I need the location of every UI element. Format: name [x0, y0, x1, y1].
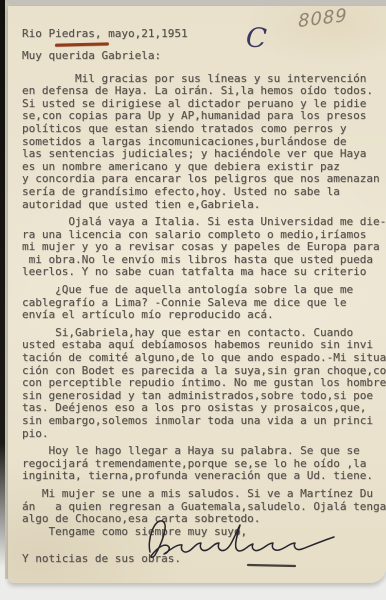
typewritten-line: ¿Que fue de aquella antología sobre la q…: [22, 284, 386, 297]
typewritten-line: las sentencias judiciales; y haciéndole …: [22, 148, 386, 161]
paragraph: Hoy le hago llegar a Haya su palabra. Se…: [22, 445, 386, 483]
typewritten-line: pio.: [22, 428, 386, 441]
typewritten-line: autoridad que usted tien e,Gabriela.: [22, 199, 386, 212]
paragraph: ¿Que fue de aquella antología sobre la q…: [22, 284, 386, 322]
typewritten-line: inginita, tierna,profunda veneración que…: [22, 470, 386, 483]
typewritten-line: Ojalá vaya a Italia. Si esta Universidad…: [22, 216, 386, 229]
typewritten-line: envía el artículo mío reproducido acá.: [22, 309, 386, 322]
typewritten-line: Mi mujer se une a mis saludos. Si ve a M…: [22, 488, 386, 501]
paragraph: Mil gracias por sus líneas y su interven…: [22, 73, 386, 212]
typewritten-line: sin embargo,solemos inmolar toda una vid…: [22, 415, 386, 428]
typewritten-line: sería de grandísimo efecto,hoy. Usted no…: [22, 186, 386, 199]
letter-c-annotation: C: [245, 22, 268, 54]
typewritten-line: políticos que estan siendo tratados como…: [22, 123, 386, 136]
typewritten-line: en defensa de Haya. La oirán. Si,la hemo…: [22, 85, 386, 98]
typewritten-line: con perceptible repudio íntimo. No me gu…: [22, 377, 386, 390]
handwritten-signature: [144, 512, 344, 574]
typewritten-line: tación de comité alguno,de lo que ando e…: [22, 352, 386, 365]
scanned-letter-page: 8089 C Rio Piedras, mayo,21,1951 Muy que…: [0, 0, 386, 600]
paragraph: Si,Gabriela,hay que estar en contacto. C…: [22, 327, 386, 440]
letter-paper: 8089 C Rio Piedras, mayo,21,1951 Muy que…: [8, 6, 386, 583]
letter-body: Mil gracias por sus líneas y su interven…: [22, 73, 386, 539]
salutation: Muy querida Gabriela:: [22, 50, 386, 63]
typewritten-line: mi mujer y yo a revisar cosas y papeles …: [22, 241, 386, 254]
dateline: Rio Piedras, mayo,21,1951: [22, 28, 386, 41]
typewritten-line: leerlos. Y no sabe cuan tatfalta ma hace…: [22, 266, 386, 279]
typewritten-line: Hoy le hago llegar a Haya su palabra. Se…: [22, 445, 386, 458]
paragraph: Ojalá vaya a Italia. Si esta Universidad…: [22, 216, 386, 279]
red-pencil-underline: [55, 42, 109, 46]
